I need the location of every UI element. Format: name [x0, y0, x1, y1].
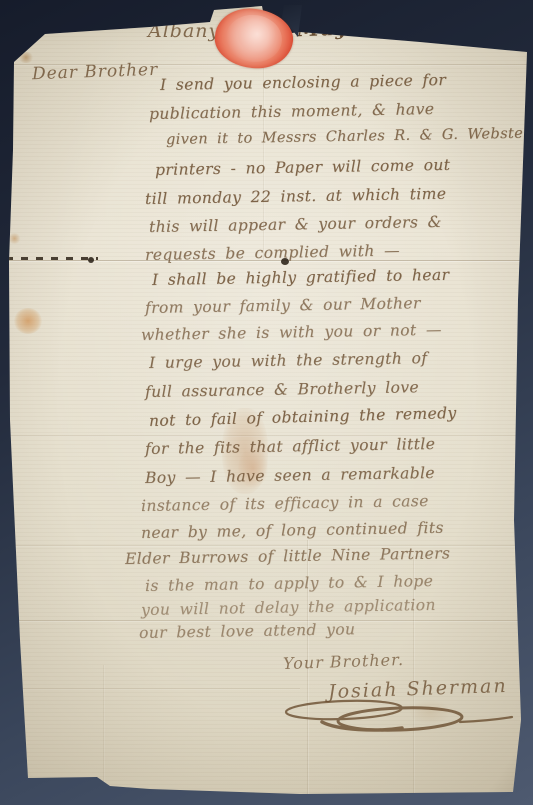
fold-crease-middle — [0, 435, 533, 437]
letter-line: Boy — I have seen a remarkable — [145, 464, 435, 487]
stain-left-edge-orange — [14, 308, 42, 334]
letter-salutation: Dear Brother — [32, 60, 159, 84]
letter-line: not to fail of obtaining the remedy — [149, 404, 457, 430]
letter-paper: Albany May 20th 1809 Dear Brother I send… — [0, 0, 533, 805]
stain-left-edge-small — [8, 233, 21, 244]
fold-crease-vertical-left — [103, 665, 105, 805]
letter-line: for the fits that afflict your little — [145, 435, 436, 458]
letter-line: near by me, of long continued fits — [141, 519, 444, 542]
signature-flourish — [282, 692, 514, 740]
letter-line: I shall be highly gratified to hear — [152, 266, 450, 289]
letter-line: printers - no Paper will come out — [155, 156, 451, 179]
letter-line: publication this moment, & have — [149, 100, 435, 123]
letter-line: requests be complied with — — [145, 242, 400, 264]
stain-top-left — [18, 52, 34, 63]
letter-line: given it to Messrs Charles R. & G. Webst… — [166, 126, 531, 148]
letter-line: Elder Burrows of little Nine Partners — [125, 544, 451, 568]
letter-date: May 20th 1809 — [297, 11, 485, 42]
tear-marks-fold — [6, 257, 98, 260]
letter-line: I send you enclosing a piece for — [160, 71, 446, 94]
fold-crease-bottom — [0, 688, 300, 690]
letter-line: from your family & our Mother — [145, 294, 421, 317]
letter-line: is the man to apply to & I hope — [145, 572, 434, 595]
letter-line: whether she is with you or not — — [141, 321, 442, 344]
letter-line: you will not delay the application — [141, 596, 436, 619]
letter-line: instance of its efficacy in a case — [141, 492, 429, 515]
letter-line: full assurance & Brotherly love — [145, 378, 419, 401]
tear-spot-left — [88, 257, 94, 263]
letter-closing: Your Brother. — [283, 650, 405, 673]
letter-place: Albany — [148, 20, 220, 42]
letter-line: till monday 22 inst. at which time — [145, 185, 447, 208]
photo-background: Albany May 20th 1809 Dear Brother I send… — [0, 0, 533, 805]
letter-line: this will appear & your orders & — [149, 213, 442, 236]
letter-line: I urge you with the strength of — [149, 349, 428, 372]
letter-line: our best love attend you — [139, 620, 356, 642]
